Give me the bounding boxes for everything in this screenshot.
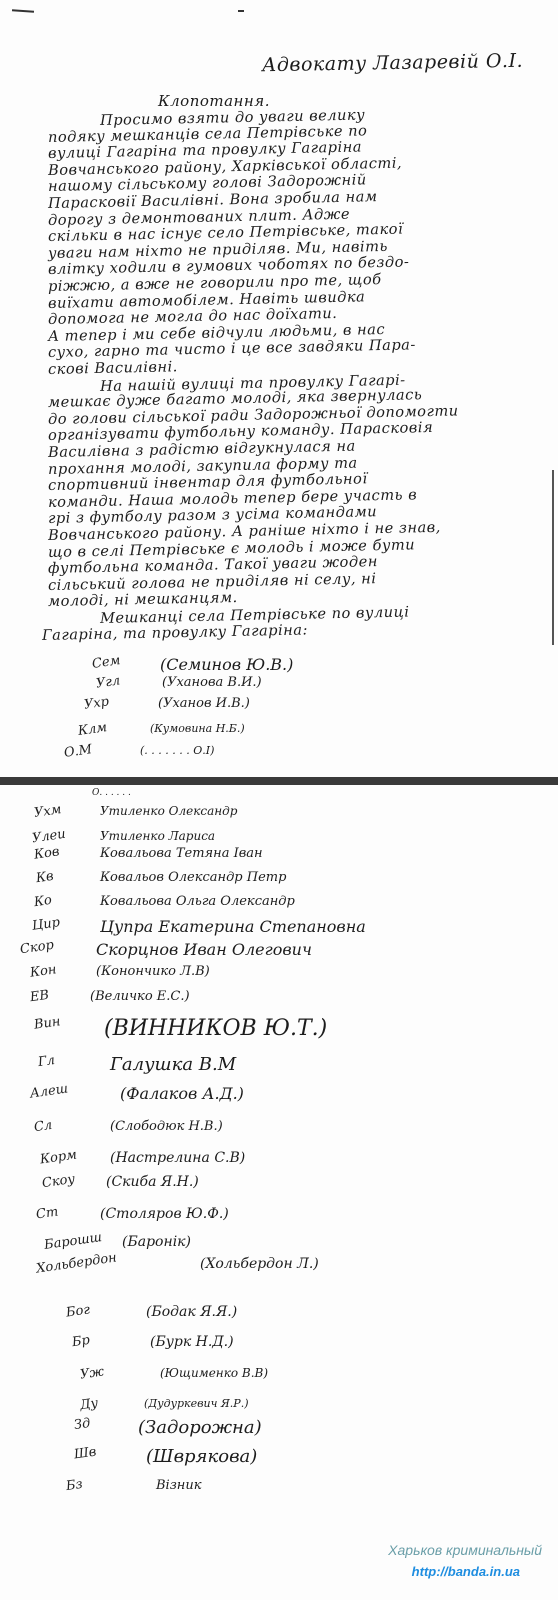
signatory-name: Галушка В.М — [110, 1054, 236, 1075]
signatory-name: Ковальова Ольга Олександр — [100, 894, 295, 909]
signatory-name: (Бурк Н.Д.) — [150, 1334, 234, 1350]
signatory-name: (. . . . . . . О.І) — [140, 744, 214, 757]
signature: Алеш — [29, 1081, 69, 1101]
signatory-name: (Семинов Ю.В.) — [160, 655, 293, 674]
signatory-name: Утиленко Олександр — [100, 804, 237, 818]
signature: Ст — [35, 1205, 59, 1223]
signature: Скоу — [41, 1172, 76, 1191]
signature: Барошш — [43, 1230, 103, 1253]
signature: Ков — [33, 844, 60, 862]
signatory-name: Ковальова Тетяна Іван — [100, 846, 263, 861]
signatory-name: (Скиба Я.Н.) — [106, 1174, 199, 1190]
signatory-name: (Шврякова) — [146, 1446, 257, 1467]
signatory-name: (Баронік) — [122, 1234, 191, 1250]
signatory-name: (Слободюк Н.В.) — [110, 1119, 223, 1134]
signature: Клм — [77, 720, 108, 739]
signatory-name: (Бодак Я.Я.) — [146, 1304, 237, 1320]
signature: Кв — [35, 869, 55, 886]
signatory-name: (Величко Е.С.) — [90, 989, 190, 1004]
document-title: Клопотання. — [158, 92, 270, 110]
signature: Бз — [65, 1477, 84, 1494]
signatory-name: (Уханова В.И.) — [162, 675, 262, 690]
signature: Гл — [37, 1053, 56, 1070]
watermark: Харьков криминальный http://banda.in.ua — [388, 1542, 542, 1579]
signature: Уж — [79, 1364, 105, 1382]
signatory-name: Візник — [156, 1478, 202, 1493]
signature: Хольбердон — [35, 1250, 117, 1276]
signatory-name: О. . . . . . — [92, 788, 131, 798]
signatory-name: (Фалаков А.Д.) — [120, 1084, 244, 1103]
signatory-name: (Конончико Л.В) — [96, 964, 210, 979]
body-line: скові Василівні. — [48, 358, 178, 378]
signature: Бог — [65, 1302, 91, 1320]
signature: Шв — [73, 1445, 97, 1463]
signature: Угл — [95, 673, 121, 691]
signatory-name: Утиленко Лариса — [100, 829, 215, 843]
signature: Скор — [19, 938, 55, 958]
signature: Сем — [91, 653, 121, 672]
signatory-name: Цупра Екатерина Степановна — [100, 917, 366, 936]
signature: Корм — [39, 1147, 78, 1167]
signature: Улеи — [31, 827, 67, 847]
document-page-2: О. . . . . .УхмУтиленко ОлександрУлеиУти… — [0, 784, 558, 1600]
signature: Ко — [33, 893, 53, 910]
addressee: Адвокату Лазаревій О.І. — [262, 50, 523, 77]
signatory-name: (Кумовина Н.Б.) — [150, 722, 245, 735]
scan-edge-line — [552, 470, 554, 645]
signature: Ухр — [83, 694, 110, 712]
signature: Вин — [33, 1014, 61, 1033]
signatory-name: (Задорожна) — [138, 1417, 262, 1438]
signatory-name: (Уханов И.В.) — [158, 696, 250, 711]
signature: Бр — [71, 1333, 91, 1350]
signatory-name: (Дудуркевич Я.Р.) — [144, 1397, 248, 1410]
watermark-link[interactable]: http://banda.in.ua — [388, 1564, 542, 1579]
signature: ЕВ — [29, 988, 50, 1006]
signature: Сл — [33, 1118, 53, 1135]
signatory-name: Скорцнов Иван Олегович — [96, 940, 312, 959]
signatory-name: Ковальов Олександр Петр — [100, 870, 286, 885]
signature: Ду — [79, 1396, 99, 1413]
signature: О.М — [63, 742, 93, 761]
watermark-title: Харьков криминальный — [388, 1542, 542, 1558]
signature: Ухм — [33, 802, 62, 821]
signatory-name: (Ющименко В.В) — [160, 1366, 268, 1380]
body-line: Гагаріна, та провулку Гагаріна: — [42, 621, 308, 644]
signatory-name: (Хольбердон Л.) — [200, 1256, 319, 1272]
signatory-name: (ВИННИКОВ Ю.Т.) — [104, 1016, 327, 1041]
scan-mark — [12, 9, 34, 13]
signature: Цир — [31, 915, 61, 934]
signatory-name: (Столяров Ю.Ф.) — [100, 1206, 229, 1222]
scan-mark — [238, 10, 244, 12]
signatory-name: (Настрелина С.В) — [110, 1150, 245, 1166]
document-page-1: Адвокату Лазаревій О.І. Клопотання. Прос… — [0, 0, 558, 778]
signature: Зд — [73, 1416, 91, 1433]
signature: Кон — [29, 962, 57, 981]
